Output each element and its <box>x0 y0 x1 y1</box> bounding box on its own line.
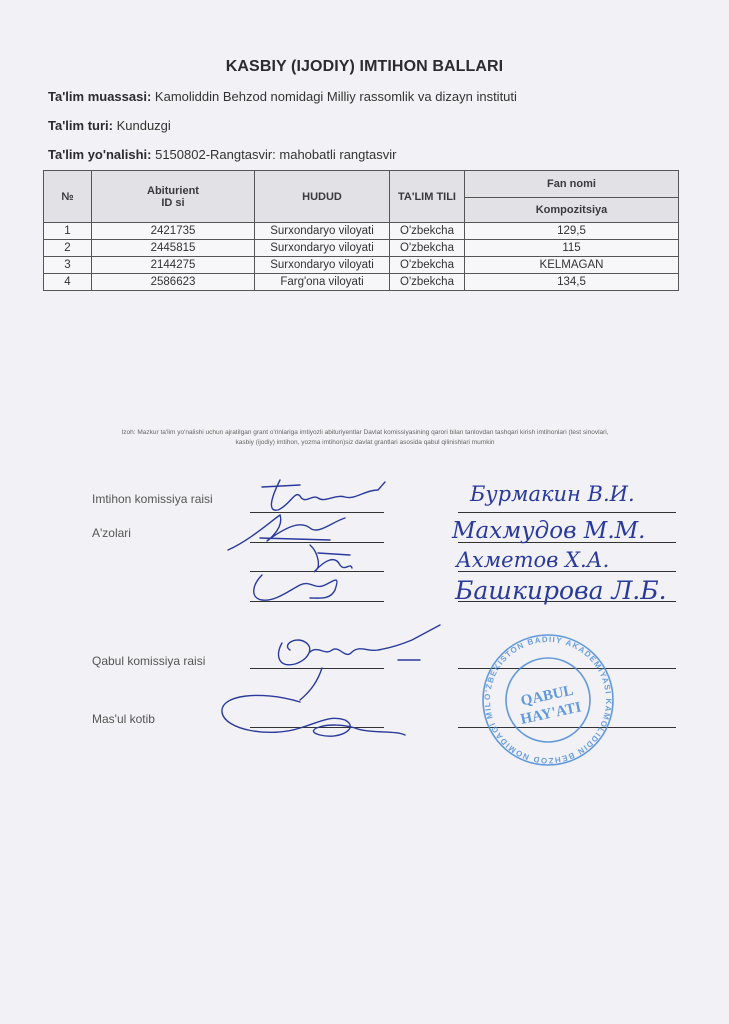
document-page: KASBIY (IJODIY) IMTIHON BALLARI Ta'lim m… <box>0 0 729 1024</box>
stamp: O'ZBEKISTON BADIIY AKADEMIYASI KAMOLIDDI… <box>0 0 729 1024</box>
stamp-ring-text: O'ZBEKISTON BADIIY AKADEMIYASI KAMOLIDDI… <box>0 0 613 765</box>
svg-text:O'ZBEKISTON BADIIY AKADEMIYASI: O'ZBEKISTON BADIIY AKADEMIYASI KAMOLIDDI… <box>0 0 613 765</box>
